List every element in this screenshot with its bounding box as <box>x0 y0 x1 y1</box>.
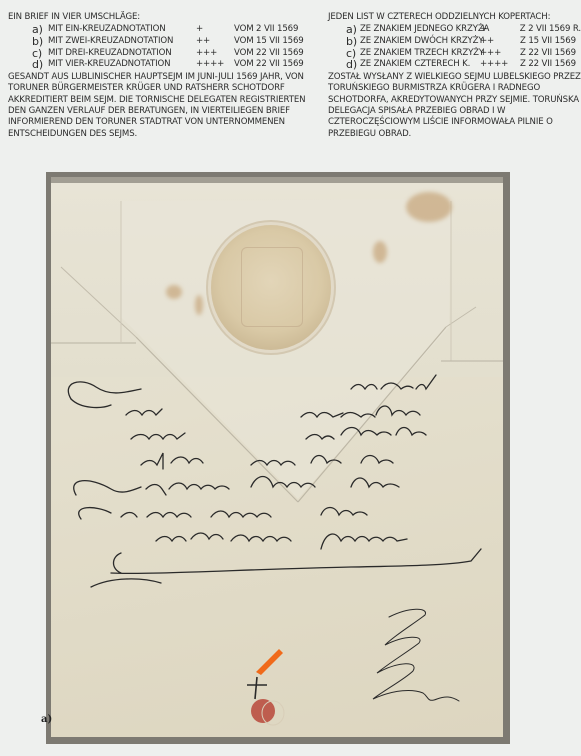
polish-caption-title: JEDEN LIST W CZTERECH ODDZIELNYCH KOPERT… <box>328 12 581 23</box>
entry-desc: MIT EIN-KREUZADNOTATION <box>48 24 196 36</box>
german-entry-c: c) MIT DREI-KREUZADNOTATION +++ VOM 22 V… <box>8 48 308 60</box>
entry-date: VOM 2 VII 1569 <box>234 24 298 36</box>
cross-adnotation <box>247 677 267 699</box>
polish-caption: JEDEN LIST W CZTERECH ODDZIELNYCH KOPERT… <box>328 12 581 140</box>
polish-entry-c: c) ZE ZNAKIEM TRZECH KRZYŻY +++ Z 22 VII… <box>328 48 581 60</box>
orange-arrow-annotation <box>256 649 283 675</box>
entry-letter: d) <box>32 59 48 71</box>
stain <box>373 241 387 263</box>
german-caption-title: EIN BRIEF IN VIER UMSCHLÄGE: <box>8 12 308 23</box>
entry-cross: ++ <box>196 36 234 48</box>
stain <box>195 295 203 315</box>
german-entry-b: b) MIT ZWEI-KREUZADNOTATION ++ VOM 15 VI… <box>8 36 308 48</box>
polish-entry-a: a) ZE ZNAKIEM JEDNEGO KRZYŻA + Z 2 VII 1… <box>328 24 581 36</box>
german-caption-paragraph: GESANDT AUS LUBLINISCHER HAUPTSEJM IM JU… <box>8 72 308 140</box>
entry-desc: ZE ZNAKIEM DWÓCH KRZYŻY <box>360 36 480 48</box>
entry-cross: ++ <box>480 36 520 48</box>
entry-cross: +++ <box>480 48 520 60</box>
entry-date: Z 2 VII 1569 R. <box>520 24 581 36</box>
entry-date: Z 22 VII 1569 <box>520 59 576 71</box>
entry-desc: MIT DREI-KREUZADNOTATION <box>48 48 196 60</box>
polish-entry-b: b) ZE ZNAKIEM DWÓCH KRZYŻY ++ Z 15 VII 1… <box>328 36 581 48</box>
entry-date: VOM 22 VII 1569 <box>234 59 304 71</box>
entry-desc: ZE ZNAKIEM TRZECH KRZYŻY <box>360 48 480 60</box>
letter-envelope <box>51 177 503 737</box>
entry-date: VOM 22 VII 1569 <box>234 48 304 60</box>
polish-caption-paragraph: ZOSTAŁ WYSŁANY Z WIELKIEGO SEJMU LUBELSK… <box>328 72 581 140</box>
entry-desc: ZE ZNAKIEM JEDNEGO KRZYŻA <box>360 24 480 36</box>
entry-desc: MIT VIER-KREUZADNOTATION <box>48 59 196 71</box>
entry-letter: b) <box>32 36 48 48</box>
entry-cross: +++ <box>196 48 234 60</box>
entry-date: VOM 15 VII 1569 <box>234 36 304 48</box>
entry-date: Z 22 VII 1569 <box>520 48 576 60</box>
entry-letter: b) <box>346 36 360 48</box>
entry-desc: ZE ZNAKIEM CZTERECH K. <box>360 59 480 71</box>
german-caption: EIN BRIEF IN VIER UMSCHLÄGE: a) MIT EIN-… <box>8 12 308 140</box>
exhibit-label: a) <box>41 714 52 725</box>
entry-cross: ++++ <box>480 59 520 71</box>
entry-cross: + <box>480 24 520 36</box>
stain <box>406 192 452 222</box>
stain <box>166 285 182 299</box>
german-entry-a: a) MIT EIN-KREUZADNOTATION + VOM 2 VII 1… <box>8 24 308 36</box>
entry-desc: MIT ZWEI-KREUZADNOTATION <box>48 36 196 48</box>
wax-seal-crest <box>241 247 303 327</box>
entry-cross: + <box>196 24 234 36</box>
german-entry-d: d) MIT VIER-KREUZADNOTATION ++++ VOM 22 … <box>8 59 308 71</box>
red-wax-remnant <box>251 699 275 723</box>
entry-cross: ++++ <box>196 59 234 71</box>
entry-letter: d) <box>346 59 360 71</box>
wax-seal <box>211 225 331 350</box>
polish-entry-d: d) ZE ZNAKIEM CZTERECH K. ++++ Z 22 VII … <box>328 59 581 71</box>
entry-date: Z 15 VII 1569 <box>520 36 576 48</box>
